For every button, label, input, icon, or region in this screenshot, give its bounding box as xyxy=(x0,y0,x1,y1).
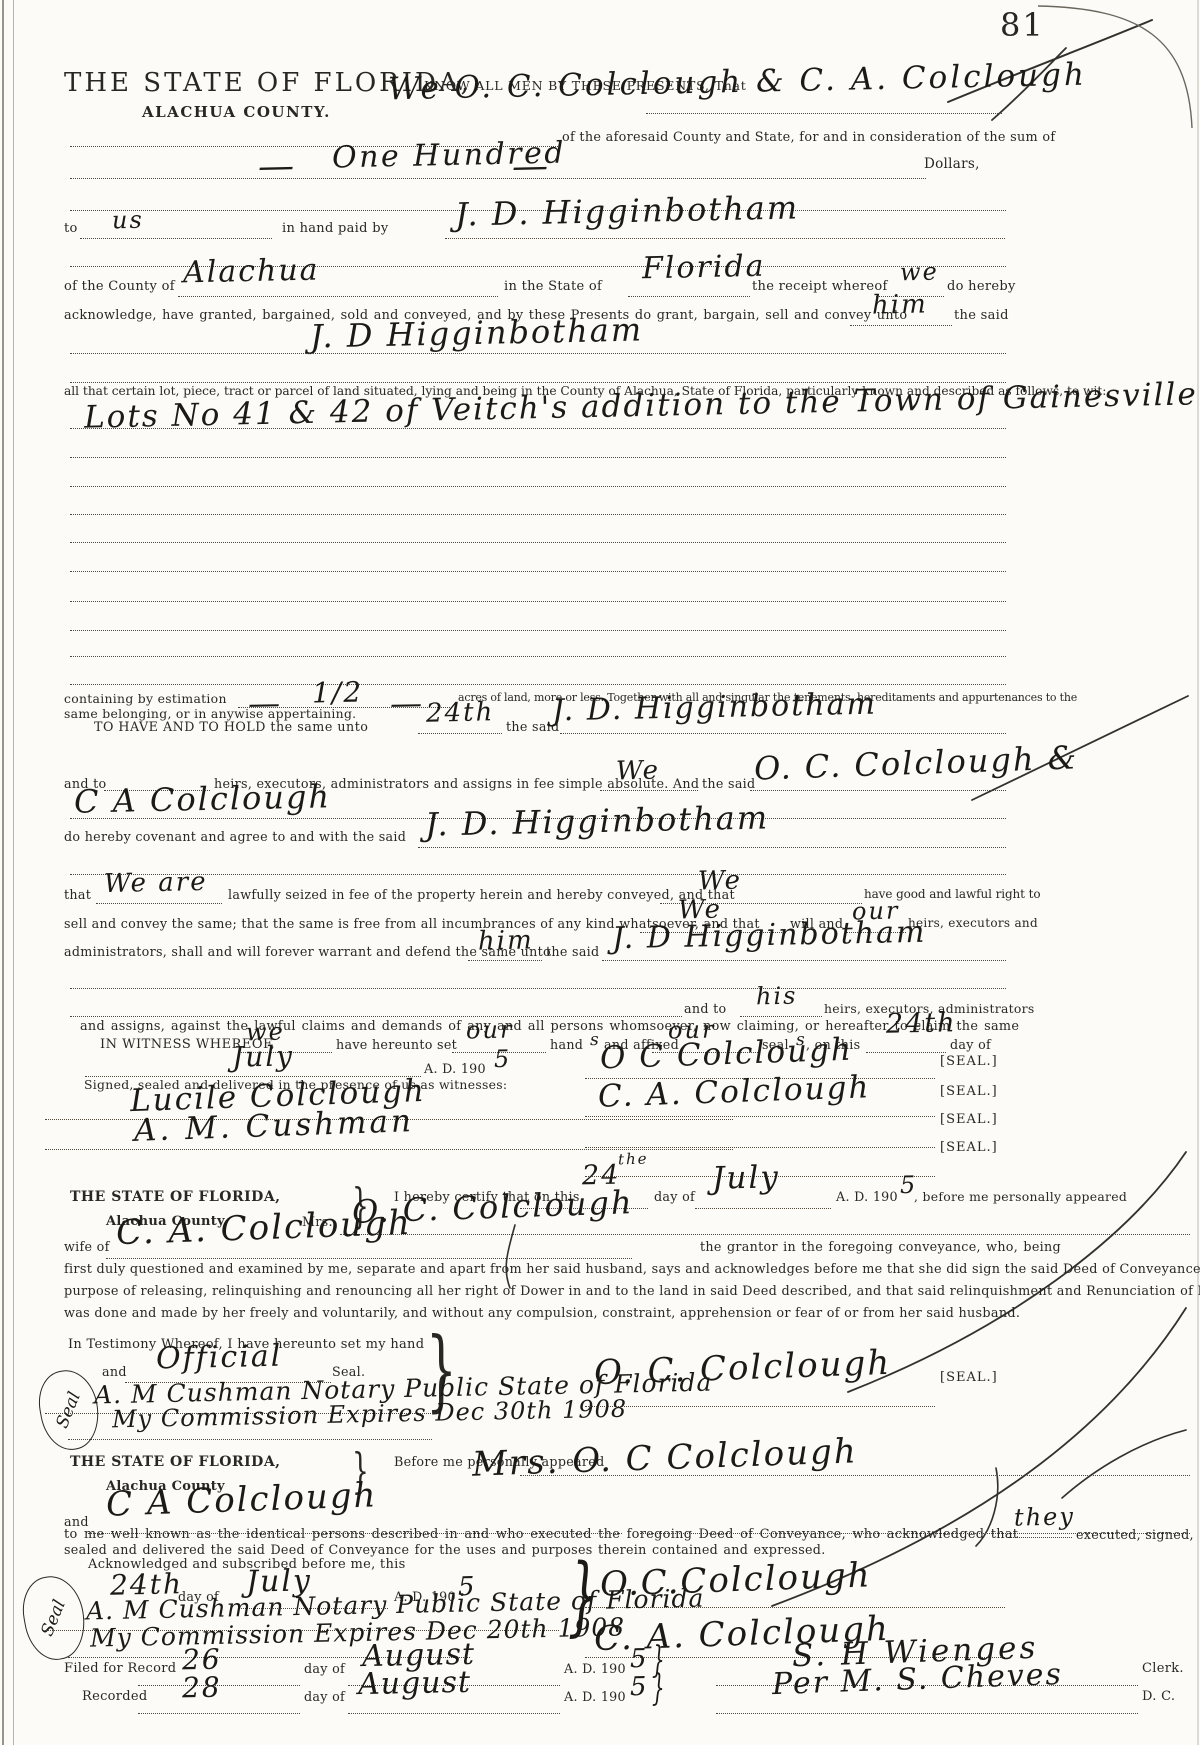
assigns-text: and assigns, against the lawful claims a… xyxy=(80,1019,1019,1034)
known-text: to me well known as the identical person… xyxy=(64,1527,1018,1542)
handwritten-grantee: J. D Higginbotham xyxy=(310,311,644,356)
dotted-rule xyxy=(70,456,1006,458)
handwritten-husband: C. A. Colclough xyxy=(115,1203,412,1253)
handwritten-we: We xyxy=(698,866,743,897)
ad-label: A. D. 190 xyxy=(564,1689,626,1704)
dotted-rule xyxy=(750,789,1006,791)
handwritten-person-2: C A Colclough xyxy=(105,1475,378,1524)
dotted-rule xyxy=(585,1405,935,1407)
handwritten-acreage: 1/2 xyxy=(312,675,364,709)
set-text: have hereunto set xyxy=(336,1037,457,1052)
dotted-rule xyxy=(348,1712,560,1714)
ink-dash: — xyxy=(512,146,551,188)
seal-label: [SEAL.] xyxy=(940,1112,998,1127)
handwritten-him: him xyxy=(872,289,928,320)
containing-label: containing by estimation xyxy=(64,691,227,706)
day-of-label: day of xyxy=(950,1037,991,1052)
receipt-label: the receipt whereof xyxy=(752,279,888,294)
seized-text: lawfully seized in fee of the property h… xyxy=(228,887,735,902)
ad-label: A. D. 190 xyxy=(836,1189,898,1204)
dotted-rule xyxy=(70,177,926,179)
dotted-rule xyxy=(96,902,222,904)
handwritten-state: Florida xyxy=(642,249,766,287)
sealed-text: sealed and delivered the said Deed of Co… xyxy=(64,1542,826,1557)
deputy-clerk-label: D. C. xyxy=(1142,1689,1175,1704)
handwritten-grantors: We O. C. Colclough & C. A. Colclough xyxy=(388,57,1088,108)
dotted-rule xyxy=(70,1015,682,1017)
handwritten-grantee: J. D. Higginbotham xyxy=(425,798,770,843)
handwritten-grantee: J. D. Higginbotham xyxy=(552,687,878,729)
handwritten-grantee: J. D Higginbotham xyxy=(612,915,927,957)
the-said-label: the said xyxy=(546,944,599,959)
dotted-rule xyxy=(445,237,1005,239)
handwritten-grantor-2: C A Colclough xyxy=(74,777,332,820)
handwritten-person-1: Mrs. O. C Colclough xyxy=(471,1431,858,1484)
handwritten-filed-year: 5 xyxy=(630,1644,649,1674)
seal-label: [SEAL.] xyxy=(940,1140,998,1155)
dotted-rule xyxy=(70,541,1006,543)
grantor-signature-1: O C Colclough xyxy=(599,1032,853,1077)
dotted-rule xyxy=(70,873,1006,875)
ad-label: A. D. 190 xyxy=(424,1061,486,1076)
deed-record-page: 81 THE STATE OF FLORIDA, ALACHUA COUNTY.… xyxy=(0,0,1200,1745)
dotted-rule xyxy=(70,427,1006,429)
cert-paragraph-2: purpose of releasing, relinquishing and … xyxy=(64,1284,1200,1299)
cert-state-title: THE STATE OF FLORIDA, xyxy=(70,1189,281,1205)
dotted-rule xyxy=(68,1438,432,1440)
day-of-label: day of xyxy=(304,1661,345,1676)
handwritten-us: us xyxy=(112,206,144,235)
dotted-rule xyxy=(70,513,1006,515)
handwritten-recorded-year: 5 xyxy=(630,1672,649,1702)
handwritten-we: We xyxy=(616,756,661,787)
handwritten-day-superscript: the xyxy=(618,1150,649,1169)
dotted-rule xyxy=(585,1115,935,1117)
dotted-rule xyxy=(646,112,1002,114)
handwritten-unto: 24th xyxy=(426,697,495,728)
grantor-text: the grantor in the foregoing conveyance,… xyxy=(700,1239,1061,1254)
handwritten-day: 24th xyxy=(886,1007,957,1039)
notary-seal-stamp: Seal xyxy=(33,1366,104,1455)
dotted-rule xyxy=(695,1207,831,1209)
dotted-rule xyxy=(740,1015,822,1017)
and-label: and xyxy=(102,1364,127,1379)
county-of-label: of the County of xyxy=(64,279,175,294)
handwritten-year: 5 xyxy=(494,1045,512,1073)
executed-text: executed, signed, xyxy=(1076,1527,1194,1542)
to-have-and-hold: TO HAVE AND TO HOLD the same unto xyxy=(94,719,368,734)
dotted-rule xyxy=(70,485,1006,487)
handwritten-they: they xyxy=(1014,1502,1075,1531)
dotted-rule xyxy=(468,959,542,961)
handwritten-we: we xyxy=(900,258,939,287)
the-said-label: the said xyxy=(702,776,755,791)
day-of-label: day of xyxy=(304,1689,345,1704)
and-to-label: and to xyxy=(684,1001,726,1016)
handwritten-brace: } xyxy=(652,1672,665,1706)
handwritten-payer: J. D. Higginbotham xyxy=(455,188,800,233)
handwritten-his: his xyxy=(756,982,798,1011)
seal-label: [SEAL.] xyxy=(940,1370,998,1385)
cert-paragraph-3: was done and made by her freely and volu… xyxy=(64,1306,1020,1321)
dotted-rule xyxy=(70,987,1006,989)
dotted-rule xyxy=(340,1233,1190,1235)
state-of-label: in the State of xyxy=(504,279,602,294)
dotted-rule xyxy=(70,629,1006,631)
seal-stamp-text: Seal xyxy=(38,1597,71,1639)
filed-label: Filed for Record xyxy=(64,1661,176,1676)
page-number: 81 xyxy=(1000,6,1045,44)
dotted-rule xyxy=(70,600,1006,602)
dower-signature: O. C. Colclough xyxy=(593,1343,891,1393)
handwritten-we-are: We are xyxy=(104,867,208,899)
handwritten-official: Official xyxy=(156,1339,283,1377)
dotted-rule xyxy=(716,1712,1138,1714)
dollars-label: Dollars, xyxy=(924,156,980,172)
dotted-rule xyxy=(80,237,272,239)
covenant-intro: do hereby covenant and agree to and with… xyxy=(64,829,406,844)
aforesaid-line: of the aforesaid County and State, for a… xyxy=(562,130,1055,145)
dotted-rule xyxy=(70,352,1006,354)
dotted-rule xyxy=(106,1257,632,1259)
pen-flourish xyxy=(1062,1430,1186,1498)
scan-edge-line xyxy=(1197,0,1199,1745)
recorded-label: Recorded xyxy=(82,1689,148,1704)
seal-stamp-text: Seal xyxy=(53,1389,86,1431)
dotted-rule xyxy=(418,846,1006,848)
day-of-label: day of xyxy=(654,1189,695,1204)
before-me-text: , before me personally appeared xyxy=(914,1189,1127,1204)
handwritten-recorded-month: August xyxy=(358,1665,472,1702)
dotted-rule xyxy=(600,789,698,791)
dotted-rule xyxy=(70,655,1006,657)
in-hand-paid-label: in hand paid by xyxy=(282,221,388,236)
handwritten-grantor-1: O. C. Colclough & xyxy=(753,738,1078,787)
dotted-rule xyxy=(138,1712,300,1714)
ink-dash: — xyxy=(258,146,297,188)
to-label: to xyxy=(64,221,78,236)
dotted-rule xyxy=(520,1474,1190,1476)
cert-paragraph-1: first duly questioned and examined by me… xyxy=(64,1262,1200,1277)
seal-label: [SEAL.] xyxy=(940,1084,998,1099)
seal-label: [SEAL.] xyxy=(940,1054,998,1069)
handwritten-month: July xyxy=(712,1159,781,1196)
notary-seal-stamp: Seal xyxy=(17,1571,91,1664)
dotted-rule xyxy=(560,732,1006,734)
dotted-rule xyxy=(866,1051,946,1053)
dotted-rule xyxy=(850,324,952,326)
ad-label: A. D. 190 xyxy=(564,1661,626,1676)
dotted-rule xyxy=(418,732,502,734)
dotted-rule xyxy=(178,295,498,297)
handwritten-him: him xyxy=(478,925,534,956)
hand-label: hand xyxy=(550,1037,583,1052)
dotted-rule xyxy=(585,1146,935,1148)
scan-edge-line xyxy=(13,0,14,1745)
county-title: ALACHUA COUNTY. xyxy=(142,103,331,121)
heirs-executors-label: heirs, executors and xyxy=(908,916,1038,930)
ink-dash: — xyxy=(390,684,425,723)
dotted-rule xyxy=(70,570,1006,572)
dotted-rule xyxy=(70,683,1006,685)
dotted-rule xyxy=(602,959,1006,961)
scan-edge-line xyxy=(2,0,4,1745)
dotted-rule xyxy=(628,295,750,297)
the-said-label: the said xyxy=(954,308,1009,323)
do-hereby-label: do hereby xyxy=(947,279,1016,294)
handwritten-county: Alachua xyxy=(183,253,320,291)
clerk-label: Clerk. xyxy=(1142,1661,1184,1676)
handwritten-recorded-day: 28 xyxy=(182,1671,222,1705)
wife-of-label: wife of xyxy=(64,1239,110,1254)
cert-state-title: THE STATE OF FLORIDA, xyxy=(70,1454,281,1470)
that-label: that xyxy=(64,887,91,902)
handwritten-our: our xyxy=(466,1016,514,1045)
handwritten-month: July xyxy=(232,1039,295,1073)
